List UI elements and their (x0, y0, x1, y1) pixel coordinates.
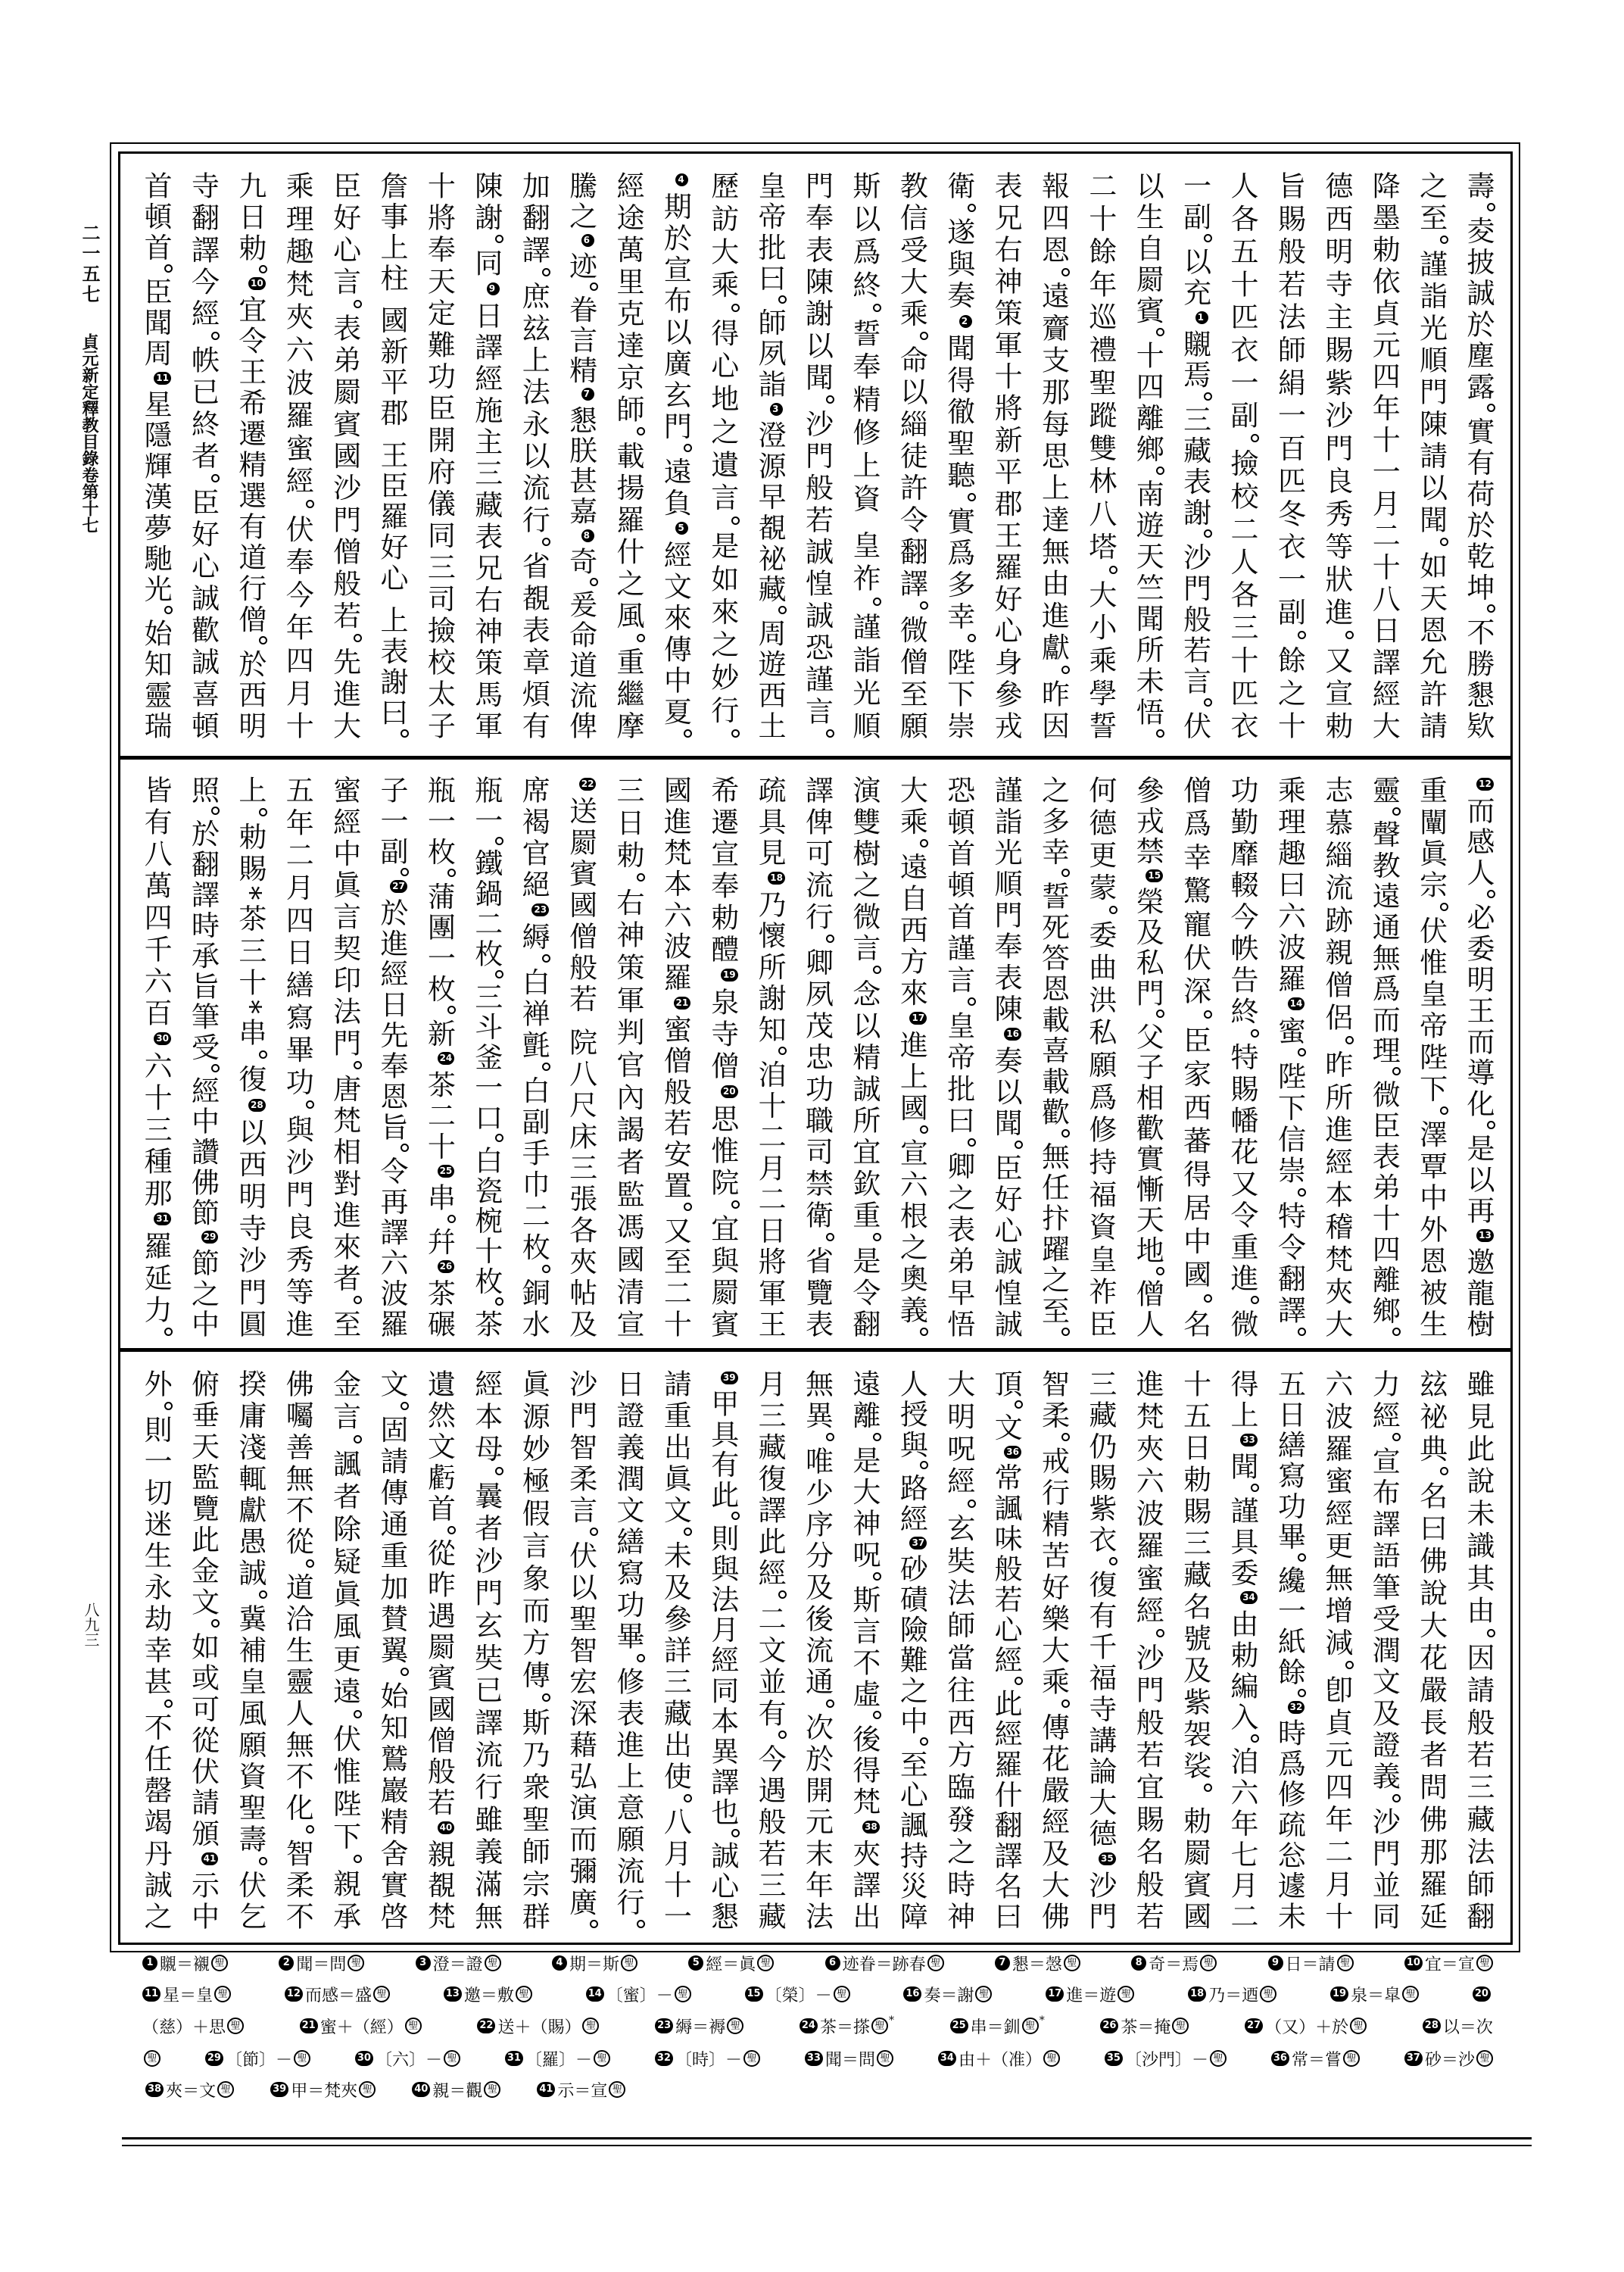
footnote-item: 23縟＝褥聖 (655, 2015, 743, 2038)
source-edition-circle-icon: 聖 (348, 1955, 364, 1971)
punctuation-mark: 。 (857, 1710, 885, 1721)
text-column: 遠離。是大神呪。斯言不虛。後得梵38夾譯出 (840, 1369, 887, 1930)
footnote-text: 親＝觀 (432, 2078, 482, 2102)
punctuation-mark: 。 (479, 836, 507, 847)
text-column: 斯以爲終。誓奉精修上資 皇祚。謹詣光順 (840, 171, 887, 739)
text-column: 照。於翻譯時承旨筆受。經中讚佛節29節之中 (179, 776, 226, 1337)
punctuation-mark: 。 (290, 499, 318, 510)
punctuation-mark: 。 (952, 492, 980, 503)
footnote-number-badge: 6 (825, 1955, 840, 1971)
source-edition-circle-icon: 聖 (484, 2081, 500, 2098)
punctuation-mark: 。 (432, 1525, 460, 1536)
text-column: 重闡眞宗。伏惟皇帝陛下。澤覃中外恩被生 (1407, 776, 1454, 1337)
punctuation-mark: 。 (385, 1401, 413, 1412)
punctuation-mark: 。 (338, 1295, 366, 1306)
footnote-text: （慈）＋思 (142, 2015, 226, 2038)
punctuation-mark: 。 (1424, 902, 1452, 913)
text-column: 五日繕寫功畢。纔一紙餘。32時爲修疏忩遽未 (1265, 1369, 1312, 1930)
footnote-marker: 34 (1240, 1591, 1258, 1604)
footnote-number-badge: 8 (1131, 1955, 1146, 1971)
punctuation-mark: 。 (762, 1590, 790, 1600)
text-column: 雖見此說未識其由。因請般若三藏法師翻 (1454, 1369, 1501, 1930)
text-column: 譯俾可流行。卿夙茂忠功職司禁衛。省覽表 (793, 776, 840, 1337)
footnote-number-badge: 26 (1100, 2018, 1118, 2033)
footnote-number-badge: 27 (1245, 2018, 1263, 2033)
footnote-number-badge: 1 (142, 1955, 157, 1971)
footnote-number-badge: 29 (205, 2051, 223, 2066)
punctuation-mark: 。 (290, 1100, 318, 1110)
punctuation-mark: 。 (385, 867, 413, 878)
text-column: 陳謝。同9日譯經施主三藏表兄右神策馬軍 (462, 171, 509, 739)
footnote-number-badge: 20 (1473, 1986, 1491, 2002)
punctuation-mark: 。 (1140, 466, 1168, 476)
text-column: 國進梵本六波羅21蜜僧般若安置。又至二十 (651, 776, 698, 1337)
footnote-item: 33聞＝問聖 (805, 2047, 893, 2071)
footnote-marker: 14 (1288, 997, 1305, 1010)
footnote-item: 39甲＝梵夾聖 (270, 2078, 376, 2102)
punctuation-mark: 。 (1282, 1688, 1310, 1699)
punctuation-mark: 。 (574, 282, 602, 292)
footnote-text: 䞋＝襯 (160, 1952, 210, 1975)
punctuation-mark: 。 (810, 395, 838, 405)
footnote-text: 茶＝搽 (820, 2015, 870, 2038)
punctuation-mark: 。 (243, 1856, 271, 1867)
footnote-item: 2聞＝問聖 (279, 1952, 364, 1975)
punctuation-mark: 。 (1235, 433, 1263, 444)
punctuation-mark: 。 (432, 868, 460, 879)
footnote-number-badge: 41 (537, 2082, 555, 2097)
punctuation-mark: 。 (857, 1571, 885, 1582)
source-edition-circle-icon: 聖 (871, 2018, 888, 2034)
punctuation-mark: 。 (1140, 1009, 1168, 1019)
text-column: 報四恩。遠齎支那每思上達無由進獻。昨因 (1029, 171, 1076, 739)
text-column: 揆庸淺輒獻愚誠。冀補皇風願資聖壽。伏乞 (226, 1369, 273, 1930)
footnote-text: 〔時〕－ (675, 2047, 742, 2071)
punctuation-mark: 。 (574, 1527, 602, 1537)
footnote-line: 38夾＝文聖39甲＝梵夾聖40親＝觀聖41示＝宣聖 (145, 2078, 1496, 2101)
footnote-text: 〔沙門〕－ (1125, 2047, 1208, 2071)
punctuation-mark: 。 (857, 1432, 885, 1443)
punctuation-mark: 。 (479, 1466, 507, 1477)
text-column: 以生自罽賓。十四離鄉。南遊天竺聞所未悟。 (1124, 171, 1170, 739)
text-column: 金言。諷者除疑眞風更遠。伏惟陛下。親承 (320, 1369, 367, 1930)
text-column: 蜜經中眞言契印法門。唐梵相對進來者。至 (320, 776, 367, 1337)
punctuation-mark: 。 (1140, 729, 1168, 739)
source-edition-circle-icon: 聖 (609, 2081, 625, 2098)
footnote-line: 11星＝皇聖12而感＝盛聖13邀＝敷聖14〔蜜〕－聖15〔榮〕－聖16奏＝謝聖1… (142, 1983, 1493, 2005)
footnote-marker: 30 (154, 1032, 171, 1045)
text-column: 門奉表陳謝以聞。沙門般若誠惶誠恐謹言。 (793, 171, 840, 739)
punctuation-mark: 。 (1471, 403, 1499, 414)
punctuation-mark: 。 (1424, 235, 1452, 245)
footnote-text: 期＝斯 (569, 1952, 619, 1975)
source-edition-circle-icon: 聖 (1172, 2018, 1189, 2034)
register-bottom: 雖見此說未識其由。因請般若三藏法師翻玆祕典。名曰佛說大花嚴長者問佛那羅延力經。宣… (131, 1369, 1501, 1930)
footnote-item: 37砂＝沙聖 (1404, 2047, 1493, 2071)
punctuation-mark: 。 (762, 295, 790, 305)
footnote-item: 32〔時〕－聖 (655, 2047, 760, 2071)
text-column: 人各五十匹衣一副。撿校二人各三十匹衣 (1218, 171, 1265, 739)
source-edition-circle-icon: 聖 (1022, 2018, 1039, 2034)
punctuation-mark: 。 (526, 267, 554, 278)
punctuation-mark: 。 (1471, 1628, 1499, 1639)
punctuation-mark: 。 (479, 1133, 507, 1144)
source-edition-circle-icon: 聖 (1350, 2018, 1367, 2034)
punctuation-mark: 。 (195, 806, 223, 816)
source-edition-circle-icon: 聖 (1043, 2050, 1060, 2067)
footnote-text: 〔榮〕－ (765, 1983, 832, 2006)
footnote-number-badge: 24 (800, 2018, 818, 2033)
source-edition-circle-icon: 聖 (594, 2050, 610, 2067)
footnote-number-badge: 5 (688, 1955, 703, 1971)
footnote-marker: 40 (438, 1821, 455, 1834)
punctuation-mark: 。 (526, 1062, 554, 1072)
footnote-text: 砂＝沙 (1425, 2047, 1475, 2071)
footnote-text: 澄＝證 (433, 1952, 483, 1975)
text-column: 表兄右神策軍十將新平郡王羅好心身參戎 (982, 171, 1029, 739)
footnote-item: 9日＝請聖 (1268, 1952, 1354, 1975)
footnote-text: 懇＝愨 (1012, 1952, 1062, 1975)
footnote-marker: 24 (438, 1052, 455, 1065)
footnote-number-badge: 10 (1404, 1955, 1423, 1971)
text-column: 人授與。路經37砂磧險難之中。至心諷持災障 (887, 1369, 934, 1930)
footnote-marker: 29 (201, 1231, 219, 1244)
punctuation-mark: 。 (148, 1699, 176, 1709)
punctuation-mark: 。 (148, 1401, 176, 1412)
footnote-number-badge: 28 (1423, 2018, 1441, 2033)
punctuation-mark: 。 (195, 1063, 223, 1074)
punctuation-mark: 。 (1376, 1327, 1404, 1337)
punctuation-mark: 。 (1424, 1106, 1452, 1116)
footnote-item: 22送＋（賜）聖 (477, 2015, 599, 2038)
punctuation-mark: 。 (1329, 630, 1357, 641)
text-column: 十五日勅賜三藏名號及紫袈裟。 勅罽賓國 (1170, 1369, 1217, 1930)
footnote-text: 奏＝謝 (924, 1983, 974, 2006)
footnote-item: （慈）＋思聖 (142, 2015, 244, 2038)
source-edition-circle-icon: 聖 (582, 2018, 599, 2034)
source-edition-circle-icon: 聖 (1200, 1955, 1217, 1971)
punctuation-mark: 。 (857, 1232, 885, 1243)
register-top: 壽。夌披誠於塵露。實有荷於乾坤。不勝懇欵之至。謹詣光順門陳請以聞。如天恩允許請降… (131, 171, 1501, 739)
punctuation-mark: 。 (1188, 1783, 1216, 1793)
text-column: 德西明寺主賜紫沙門良秀等狀進。又宣勅 (1312, 171, 1359, 739)
footnote-marker: 11 (154, 372, 171, 385)
text-column: 首頓首。臣聞周11星隱輝漢夢馳光。始知靈瑞 (132, 171, 179, 739)
bottom-rule (122, 2137, 1532, 2139)
footnote-text: 宜＝宣 (1425, 1952, 1475, 1975)
footnote-marker: 41 (201, 1852, 219, 1865)
footnote-text: 串＝釧 (971, 2015, 1021, 2038)
footnote-marker: 5 (675, 522, 688, 535)
text-column: 之多幸。誓死答恩載喜載歡。無任抃躍之至。 (1029, 776, 1076, 1337)
punctuation-mark: 。 (1046, 665, 1074, 676)
footnote-number-badge: 16 (903, 1986, 921, 2002)
source-edition-circle-icon: 聖 (877, 2050, 893, 2067)
punctuation-mark: 。 (338, 1060, 366, 1071)
punctuation-mark: 。 (243, 1050, 271, 1060)
footnote-number-badge: 22 (477, 2018, 495, 2033)
footnote-item: 1䞋＝襯聖 (142, 1952, 228, 1975)
footnote-marker: 35 (1099, 1852, 1116, 1865)
punctuation-mark: 。 (810, 729, 838, 739)
footnote-marker: 19 (721, 969, 738, 982)
text-column: 一副。以充1䞋焉。三藏表謝。沙門般若言。伏 (1170, 171, 1217, 739)
text-column: 希遷宣奉勅醴19泉寺僧20思惟院。宜與罽賓 (698, 776, 745, 1337)
footnote-number-badge: 11 (142, 1986, 161, 2002)
text-column: 臣好心言。表弟罽賓國沙門僧般若。先進大 (320, 171, 367, 739)
text-column: 騰之6迹。眷言精7懇朕甚嘉8奇。爰命道流俾 (556, 171, 603, 739)
footnote-text: 茶＝掩 (1121, 2015, 1170, 2038)
footnote-marker: 15 (1146, 869, 1163, 882)
text-column: 恐頓首頓首謹言。皇帝批曰。卿之表弟早悟 (934, 776, 981, 1337)
punctuation-mark: 。 (1471, 1120, 1499, 1131)
punctuation-mark: 。 (1282, 1327, 1310, 1337)
text-column: 之至。謹詣光順門陳請以聞。如天恩允許請 (1407, 171, 1454, 739)
footnote-text: 日＝請 (1286, 1952, 1336, 1975)
text-column: 加翻譯。庶玆上法永以流行。省覩表章煩有 (510, 171, 556, 739)
punctuation-mark: 。 (290, 1559, 318, 1569)
punctuation-mark: 。 (432, 1214, 460, 1225)
punctuation-mark: 。 (715, 516, 743, 526)
punctuation-mark: 。 (1471, 604, 1499, 614)
punctuation-mark: 。 (715, 1828, 743, 1839)
source-edition-circle-icon: 聖 (373, 1986, 390, 2002)
punctuation-mark: 。 (621, 426, 649, 437)
punctuation-mark: 。 (1140, 1266, 1168, 1277)
footnote-number-badge: 15 (745, 1986, 763, 2002)
footnote-number-badge: 32 (655, 2051, 673, 2066)
punctuation-mark: 。 (1046, 868, 1074, 879)
footnote-item: 36常＝嘗聖 (1271, 2047, 1360, 2071)
text-column: 皇帝批曰。師夙詣3澄源早覩祕藏。周遊西土 (746, 171, 793, 739)
source-edition-circle-icon: 聖 (444, 2050, 460, 2067)
punctuation-mark: 。 (715, 1511, 743, 1521)
footnote-text: 邀＝敷 (464, 1983, 514, 2006)
footnote-number-badge: 3 (416, 1955, 431, 1971)
footnote-marker: 26 (438, 1260, 455, 1273)
text-column: 俯垂天監覽此金文。如或可從伏請頒41示中 (179, 1369, 226, 1930)
footnote-marker: 12 (1476, 778, 1494, 791)
text-column: 外。則一切迷生永劫幸甚。不任罄竭丹誠之 (132, 1369, 179, 1930)
punctuation-mark: 。 (385, 1667, 413, 1677)
punctuation-mark: 。 (668, 1793, 696, 1804)
text-column: 詹事上柱 國新平郡 王臣羅好心 上表謝曰。 (368, 171, 415, 739)
footnote-number-badge: 38 (145, 2082, 164, 2097)
punctuation-mark: 。 (1424, 537, 1452, 548)
footnote-marker: 2 (959, 315, 972, 328)
footnote-number-badge: 30 (355, 2051, 373, 2066)
footnote-text: 常＝嘗 (1292, 2047, 1342, 2071)
punctuation-mark: 。 (338, 1709, 366, 1720)
footnote-number-badge: 39 (270, 2082, 288, 2097)
footnote-text: 奇＝焉 (1149, 1952, 1199, 1975)
footnote-item: 5經＝眞聖 (688, 1952, 774, 1975)
punctuation-mark: 。 (290, 1824, 318, 1835)
footnote-number-badge: 40 (412, 2082, 430, 2097)
punctuation-mark: 。 (1235, 1483, 1263, 1493)
punctuation-mark: 。 (1188, 392, 1216, 402)
punctuation-mark: 。 (1235, 1028, 1263, 1039)
punctuation-mark: 。 (574, 577, 602, 588)
footnote-marker: 17 (909, 1012, 927, 1025)
footnote-number-badge: 36 (1271, 2051, 1289, 2066)
footnote-item: 29〔節〕－聖 (205, 2047, 310, 2071)
punctuation-mark: 。 (1282, 1047, 1310, 1058)
text-column: 謹詣光順門奉表陳16奏以聞。臣好心誠惶誠 (982, 776, 1029, 1337)
footnote-marker: 10 (248, 277, 266, 290)
footnote-marker: 8 (581, 529, 594, 542)
punctuation-mark: 。 (762, 605, 790, 616)
footnote-number-badge: 35 (1105, 2051, 1123, 2066)
source-edition-circle-icon: 聖 (927, 1955, 944, 1971)
footnote-item: 3澄＝證聖 (416, 1952, 501, 1975)
text-column: 三藏仍賜紫衣。復有千福寺講論大德35沙門 (1076, 1369, 1123, 1930)
punctuation-mark: 。 (810, 1432, 838, 1443)
source-edition-circle-icon: 聖 (217, 2081, 234, 2098)
footnote-text: （又）＋於 (1265, 2015, 1348, 2038)
punctuation-mark: 。 (243, 635, 271, 646)
text-column: 旨賜般若法師絹一百匹冬衣一副。餘之十 (1265, 171, 1312, 739)
punctuation-mark: 。 (715, 303, 743, 314)
asterisk-mark: * (1040, 2015, 1045, 2027)
footnote-item: 25串＝釧聖* (950, 2015, 1045, 2038)
volume-number: 二一五七 (78, 223, 101, 305)
footnote-line: （慈）＋思聖21蜜＋（經）聖22送＋（賜）聖23縟＝褥聖24茶＝搽聖*25串＝釧… (142, 2015, 1493, 2037)
text-column: 大明呪經。玄奘法師當往西方臨發之時神 (934, 1369, 981, 1930)
footnote-item: 26茶＝掩聖 (1100, 2015, 1189, 2038)
footnote-text: 泉＝皐 (1351, 1983, 1401, 2006)
footnote-text: 甲＝梵夾 (291, 2078, 357, 2102)
footnote-marker: 36 (1004, 1446, 1021, 1459)
source-edition-circle-icon: 聖 (1337, 1955, 1354, 1971)
punctuation-mark: 。 (195, 473, 223, 484)
punctuation-mark: 。 (715, 729, 743, 739)
text-column: 22送罽賓國僧般若 院八尺床三張各夾帖及 (556, 776, 603, 1337)
footnote-marker: 33 (1240, 1434, 1258, 1447)
footnote-item: 35〔沙門〕－聖 (1105, 2047, 1227, 2071)
footnote-marker: 18 (768, 872, 785, 885)
source-edition-circle-icon: 聖 (211, 1955, 228, 1971)
footnote-number-badge: 33 (805, 2051, 823, 2066)
footnote-item: 4期＝斯聖 (552, 1952, 637, 1975)
text-column: 力經。宣布譯語筆受潤文及證義。沙門並同 (1360, 1369, 1407, 1930)
punctuation-mark: 。 (668, 1527, 696, 1537)
source-edition-circle-icon: 聖 (975, 1986, 992, 2002)
footnote-number-badge: 37 (1404, 2051, 1423, 2066)
text-column: 參戎禁15榮及私門。父子相歡實慚天地。僧人 (1124, 776, 1170, 1337)
source-edition-circle-icon: 聖 (405, 2018, 422, 2034)
footnote-text: 〔羅〕－ (525, 2047, 592, 2071)
punctuation-mark: 。 (195, 1618, 223, 1629)
footnote-marker: 4 (675, 173, 688, 186)
text-column: 4期於宣布以廣玄門。遠負5經文來傳中夏。 (651, 171, 698, 739)
text-column: 五年二月四日繕寫畢功。與沙門良秀等進 (273, 776, 320, 1337)
punctuation-mark: 。 (1093, 905, 1121, 916)
footnote-item: 7懇＝愨聖 (995, 1952, 1080, 1975)
source-edition-circle-icon: 聖 (1260, 1986, 1276, 2002)
punctuation-mark: 。 (621, 1653, 649, 1664)
footnote-item: 16奏＝謝聖 (903, 1983, 992, 2006)
punctuation-mark: 。 (338, 633, 366, 644)
running-title: 貞元新定釋教目錄卷第十七 (78, 333, 101, 533)
source-edition-circle-icon: 聖 (675, 1986, 691, 2002)
punctuation-mark: 。 (857, 597, 885, 607)
punctuation-mark: 。 (621, 872, 649, 883)
text-column: 演雙樹之微言。念以精誠所宜欽重。是令翻 (840, 776, 887, 1337)
footnote-marker: 23 (531, 903, 549, 916)
punctuation-mark: 。 (904, 1737, 932, 1747)
footnote-number-badge: 25 (950, 2018, 968, 2033)
text-column: 何德更蒙。委曲洪私願爲修持福資皇祚臣 (1076, 776, 1123, 1337)
text-column: 僧爲幸驚寵伏深。臣家西蕃得居中國。名 (1170, 776, 1217, 1337)
footnote-text: 〔蜜〕－ (606, 1983, 673, 2006)
footnote-text: 〔節〕－ (226, 2047, 292, 2071)
footnote-item: 31〔羅〕－聖 (505, 2047, 610, 2071)
text-column: 功勤靡輟今帙告終。特賜幡花又令重進。微 (1218, 776, 1265, 1337)
register-divider-upper (120, 756, 1511, 760)
source-edition-circle-icon: 聖 (1210, 2050, 1227, 2067)
footnote-line: 1䞋＝襯聖2聞＝問聖3澄＝證聖4期＝斯聖5經＝眞聖6迹眷＝跡春聖7懇＝愨聖8奇＝… (142, 1952, 1493, 1974)
punctuation-mark: 。 (479, 234, 507, 245)
source-edition-circle-icon: 聖 (1476, 2050, 1493, 2067)
text-column: 席褐官絕23縟。白褝氈。白副手巾二枚。銅水 (510, 776, 556, 1337)
asterisk-mark: * (889, 2015, 894, 2027)
punctuation-mark: 。 (904, 1460, 932, 1471)
punctuation-mark: 。 (621, 1919, 649, 1930)
footnote-item: 41示＝宣聖 (537, 2078, 625, 2102)
punctuation-mark: 。 (243, 807, 271, 818)
text-column: 經途萬里克達京師。載揚羅什之風。重繼摩 (604, 171, 651, 739)
footnote-number-badge: 12 (285, 1986, 303, 2002)
punctuation-mark: 。 (526, 953, 554, 964)
source-edition-circle-icon: 聖 (757, 1955, 774, 1971)
footnote-number-badge: 18 (1188, 1986, 1206, 2002)
punctuation-mark: 。 (1376, 1793, 1404, 1804)
footnote-item: 10宜＝宣聖 (1404, 1952, 1493, 1975)
text-column: 玆祕典。名曰佛說大花嚴長者問佛那羅延 (1407, 1369, 1454, 1930)
punctuation-mark: 。 (1188, 1010, 1216, 1020)
footnote-item: 8奇＝焉聖 (1131, 1952, 1217, 1975)
text-column: 得上33聞。謹具委34由勅編入。洎六年七月二 (1218, 1369, 1265, 1930)
text-column: 文。固請傳通重加賛翼。始知鷲巖精舍實啓 (368, 1369, 415, 1930)
punctuation-mark: 。 (904, 838, 932, 849)
footnote-item: 18乃＝迺聖 (1188, 1983, 1276, 2006)
footnote-marker: 22 (579, 778, 597, 791)
footnote-text: 示＝宣 (557, 2078, 607, 2102)
footnote-text: 而感＝盛 (305, 1983, 372, 2006)
text-column: 十將奉天定難功臣開府儀同三司撿校太子 (415, 171, 462, 739)
punctuation-mark: 。 (1376, 1432, 1404, 1443)
text-column: 佛囑善無不從。道洽生靈人無不化。智柔不 (273, 1369, 320, 1930)
punctuation-mark: 。 (1424, 1466, 1452, 1477)
punctuation-mark: 。 (479, 1297, 507, 1307)
punctuation-mark: 。 (762, 1730, 790, 1740)
footnote-text: 進＝遊 (1066, 1983, 1116, 2006)
footnote-number-badge: 34 (938, 2051, 956, 2066)
punctuation-mark: 。 (952, 997, 980, 1007)
punctuation-mark: 。 (1093, 1556, 1121, 1567)
punctuation-mark: 。 (432, 1005, 460, 1016)
text-column: 靈。聲教遠通無爲而理。微臣表弟十四離鄉。 (1360, 776, 1407, 1337)
text-column: 日證義潤文繕寫功畢。修表進上意願流行。 (604, 1369, 651, 1930)
text-column: 乘理趣梵夾六波羅蜜經。伏奉今年四月十 (273, 171, 320, 739)
text-column: 遺然文虧首。從昨遇罽賓國僧般若40親覩梵 (415, 1369, 462, 1930)
punctuation-mark: 。 (1093, 565, 1121, 576)
text-column: 大乘。遠自西方來17進上國。宣六根之奧義。 (887, 776, 934, 1337)
footnote-marker: 25 (438, 1165, 455, 1178)
punctuation-mark: 。 (1282, 1553, 1310, 1563)
text-column: 12而感人。必委明王而導化。是以再13邀龍樹 (1454, 776, 1501, 1337)
